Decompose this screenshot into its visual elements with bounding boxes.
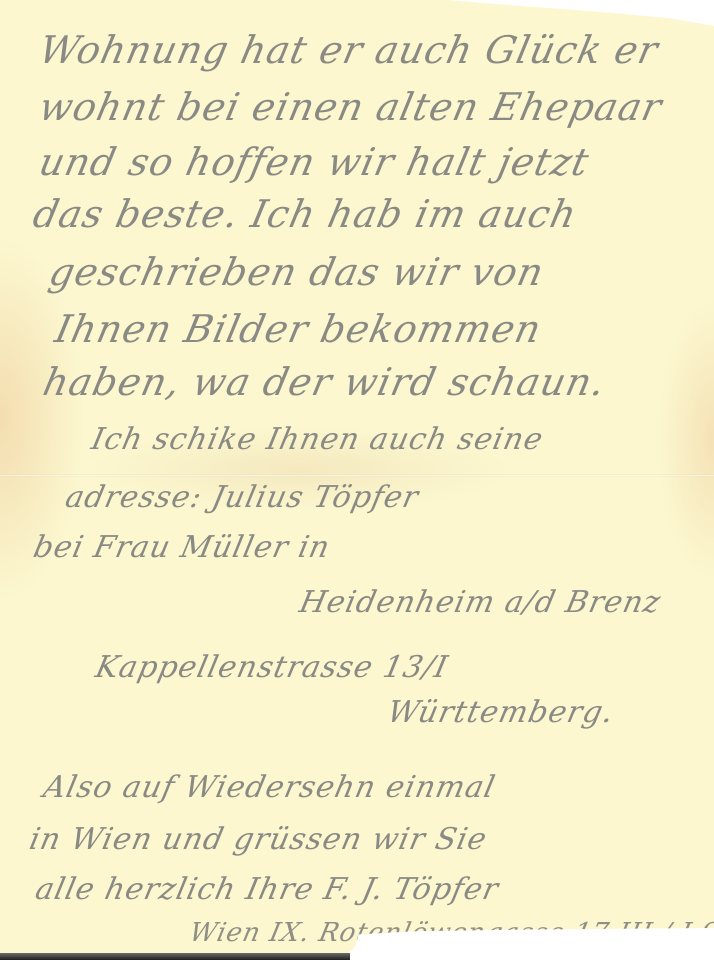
letter-line-12: Kappellenstrasse 13/I <box>92 650 451 685</box>
letter-line-13: Württemberg. <box>384 695 617 730</box>
letter-line-5: geschrieben das wir von <box>45 250 548 294</box>
letter-line-4: das beste. Ich hab im auch <box>29 192 581 236</box>
letter-line-6: Ihnen Bilder bekommen <box>51 307 545 351</box>
fold-line <box>0 474 714 477</box>
torn-corner-top <box>424 0 714 26</box>
letter-line-3: und so hoffen wir halt jetzt <box>35 140 593 184</box>
torn-corner-bottom <box>340 928 714 960</box>
letter-line-15: in Wien und grüssen wir Sie <box>26 822 490 857</box>
letter-line-11: Heidenheim a/d Brenz <box>296 585 664 620</box>
letter-page: Wohnung hat er auch Glück er wohnt bei e… <box>0 0 714 960</box>
scanner-edge <box>0 953 350 960</box>
letter-line-10: bei Frau Müller in <box>30 530 333 565</box>
letter-line-7: haben, wa der wird schaun. <box>39 360 609 404</box>
letter-line-8: Ich schike Ihnen auch seine <box>88 422 546 457</box>
letter-line-1: Wohnung hat er auch Glück er <box>35 28 662 72</box>
letter-line-16: alle herzlich Ihre F. J. Töpfer <box>32 872 502 907</box>
letter-line-14: Also auf Wiedersehn einmal <box>40 770 498 805</box>
letter-line-9: adresse: Julius Töpfer <box>62 480 422 515</box>
letter-line-2: wohnt bei einen alten Ehepaar <box>35 85 666 129</box>
